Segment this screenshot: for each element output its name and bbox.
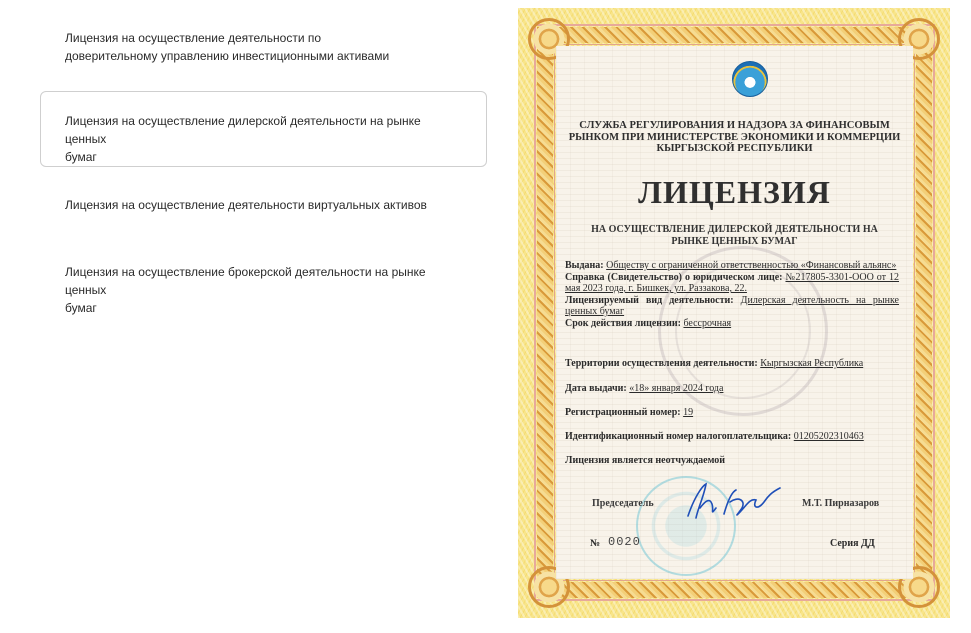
license-item-label: доверительному управлению инвестиционным…: [65, 47, 462, 65]
certificate-subtitle: НА ОСУЩЕСТВЛЕНИЕ ДИЛЕРСКОЙ ДЕЯТЕЛЬНОСТИ …: [556, 224, 913, 248]
license-item-virtual-assets[interactable]: Лицензия на осуществление деятельности в…: [40, 195, 487, 215]
field-validity: Срок действия лицензии: бессрочная: [565, 318, 899, 330]
field-licensed-activity: Лицензируемый вид деятельности: Дилерска…: [565, 295, 899, 318]
issuing-agency: СЛУЖБА РЕГУЛИРОВАНИЯ И НАДЗОРА ЗА ФИНАНС…: [556, 120, 913, 155]
license-item-label: Лицензия на осуществление брокерской дея…: [65, 263, 462, 299]
license-item-label: бумаг: [65, 148, 462, 166]
certificate-body: СЛУЖБА РЕГУЛИРОВАНИЯ И НАДЗОРА ЗА ФИНАНС…: [556, 46, 913, 579]
license-item-dealer[interactable]: Лицензия на осуществление дилерской деят…: [40, 91, 487, 167]
signature-icon: [680, 478, 790, 524]
license-item-label: Лицензия на осуществление деятельности в…: [65, 196, 462, 214]
field-territory: Территории осуществления деятельности: К…: [565, 358, 863, 369]
number-sign: №: [590, 538, 600, 549]
license-certificate-image: СЛУЖБА РЕГУЛИРОВАНИЯ И НАДЗОРА ЗА ФИНАНС…: [518, 8, 950, 618]
blank-series: Серия ДД: [830, 538, 875, 549]
license-item-broker[interactable]: Лицензия на осуществление брокерской дея…: [40, 262, 487, 318]
field-inalienable: Лицензия является неотчуждаемой: [565, 455, 725, 466]
state-emblem-icon: [732, 61, 768, 97]
license-item-trust-management[interactable]: Лицензия на осуществление деятельности п…: [40, 28, 487, 66]
blank-number: 0020: [608, 535, 641, 549]
certificate-title: ЛИЦЕНЗИЯ: [556, 174, 913, 211]
field-issued-to: Выдана: Обществу с ограниченной ответств…: [565, 260, 899, 272]
license-item-label: Лицензия на осуществление дилерской деят…: [65, 112, 462, 148]
license-item-label: бумаг: [65, 299, 462, 317]
chairman-name: М.Т. Пирназаров: [802, 498, 879, 509]
field-issue-date: Дата выдачи: «18» января 2024 года: [565, 383, 723, 394]
certificate-fields: Выдана: Обществу с ограниченной ответств…: [565, 260, 899, 329]
chairman-label: Председатель: [592, 498, 654, 509]
field-taxpayer-id: Идентификационный номер налогоплательщик…: [565, 431, 864, 442]
license-item-label: Лицензия на осуществление деятельности п…: [65, 29, 462, 47]
field-registration-number: Регистрационный номер: 19: [565, 407, 693, 418]
field-legal-entity-certificate: Справка (Свидетельство) о юридическом ли…: [565, 272, 899, 295]
